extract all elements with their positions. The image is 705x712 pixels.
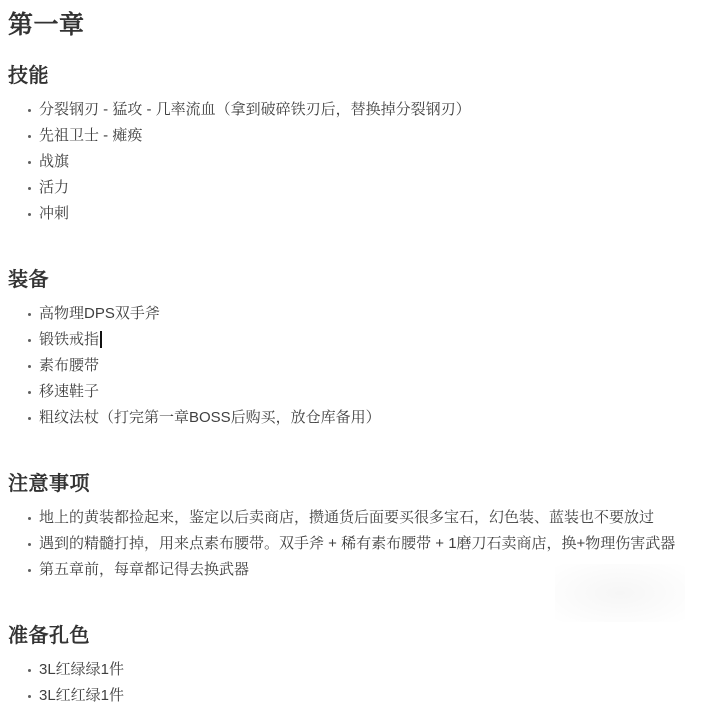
bullet-icon xyxy=(28,187,31,190)
list-item-text: 活力 xyxy=(39,175,69,201)
section-list: 高物理DPS双手斧锻铁戒指素布腰带移速鞋子粗纹法杖（打完第一章BOSS后购买，放… xyxy=(8,301,695,431)
list-item[interactable]: 第五章前，每章都记得去换武器 xyxy=(28,557,695,583)
bullet-icon xyxy=(28,313,31,316)
list-item[interactable]: 高物理DPS双手斧 xyxy=(28,301,695,327)
list-item[interactable]: 分裂钢刃 - 猛攻 - 几率流血（拿到破碎铁刃后，替换掉分裂钢刃） xyxy=(28,97,695,123)
section: 装备 高物理DPS双手斧锻铁戒指素布腰带移速鞋子粗纹法杖（打完第一章BOSS后购… xyxy=(8,267,695,431)
list-item[interactable]: 移速鞋子 xyxy=(28,379,695,405)
list-item-text: 先祖卫士 - 瘫痪 xyxy=(39,123,142,149)
list-item-text: 地上的黄装都捡起来，鉴定以后卖商店，攒通货后面要买很多宝石，幻色装、蓝装也不要放… xyxy=(39,505,654,531)
list-item-text: 战旗 xyxy=(39,149,69,175)
bullet-icon xyxy=(28,543,31,546)
bullet-icon xyxy=(28,669,31,672)
bullet-icon xyxy=(28,365,31,368)
section: 注意事项 地上的黄装都捡起来，鉴定以后卖商店，攒通货后面要买很多宝石，幻色装、蓝… xyxy=(8,471,695,583)
list-item[interactable]: 先祖卫士 - 瘫痪 xyxy=(28,123,695,149)
section-heading[interactable]: 准备孔色 xyxy=(8,623,695,649)
section: 准备孔色 3L红绿绿1件3L红红绿1件 xyxy=(8,623,695,709)
bullet-icon xyxy=(28,517,31,520)
bullet-icon xyxy=(28,161,31,164)
section-list: 地上的黄装都捡起来，鉴定以后卖商店，攒通货后面要买很多宝石，幻色装、蓝装也不要放… xyxy=(8,505,695,583)
list-item-text: 遇到的精髓打掉，用来点素布腰带。双手斧 + 稀有素布腰带 + 1磨刀石卖商店，换… xyxy=(39,531,675,557)
bullet-icon xyxy=(28,135,31,138)
list-item[interactable]: 冲刺 xyxy=(28,201,695,227)
list-item-text: 高物理DPS双手斧 xyxy=(39,301,160,327)
section-heading[interactable]: 注意事项 xyxy=(8,471,695,497)
document: 第一章 技能 分裂钢刃 - 猛攻 - 几率流血（拿到破碎铁刃后，替换掉分裂钢刃）… xyxy=(0,0,705,709)
list-item[interactable]: 战旗 xyxy=(28,149,695,175)
list-item-text: 3L红红绿1件 xyxy=(39,683,124,709)
list-item-text: 第五章前，每章都记得去换武器 xyxy=(39,557,249,583)
bullet-icon xyxy=(28,391,31,394)
bullet-icon xyxy=(28,339,31,342)
bullet-icon xyxy=(28,109,31,112)
bullet-icon xyxy=(28,417,31,420)
text-cursor xyxy=(100,331,102,348)
section-list: 3L红绿绿1件3L红红绿1件 xyxy=(8,657,695,709)
list-item[interactable]: 3L红红绿1件 xyxy=(28,683,695,709)
list-item-text: 粗纹法杖（打完第一章BOSS后购买，放仓库备用） xyxy=(39,405,381,431)
list-item[interactable]: 素布腰带 xyxy=(28,353,695,379)
section: 技能 分裂钢刃 - 猛攻 - 几率流血（拿到破碎铁刃后，替换掉分裂钢刃）先祖卫士… xyxy=(8,63,695,227)
list-item[interactable]: 粗纹法杖（打完第一章BOSS后购买，放仓库备用） xyxy=(28,405,695,431)
sections: 技能 分裂钢刃 - 猛攻 - 几率流血（拿到破碎铁刃后，替换掉分裂钢刃）先祖卫士… xyxy=(8,63,695,709)
list-item-text: 锻铁戒指 xyxy=(39,327,99,353)
bullet-icon xyxy=(28,695,31,698)
list-item-text: 3L红绿绿1件 xyxy=(39,657,124,683)
list-item[interactable]: 活力 xyxy=(28,175,695,201)
list-item-text: 冲刺 xyxy=(39,201,69,227)
list-item[interactable]: 遇到的精髓打掉，用来点素布腰带。双手斧 + 稀有素布腰带 + 1磨刀石卖商店，换… xyxy=(28,531,695,557)
page-title[interactable]: 第一章 xyxy=(8,10,695,41)
section-heading[interactable]: 装备 xyxy=(8,267,695,293)
bullet-icon xyxy=(28,213,31,216)
list-item-text: 分裂钢刃 - 猛攻 - 几率流血（拿到破碎铁刃后，替换掉分裂钢刃） xyxy=(39,97,471,123)
section-heading[interactable]: 技能 xyxy=(8,63,695,89)
list-item-text: 移速鞋子 xyxy=(39,379,99,405)
bullet-icon xyxy=(28,569,31,572)
list-item[interactable]: 地上的黄装都捡起来，鉴定以后卖商店，攒通货后面要买很多宝石，幻色装、蓝装也不要放… xyxy=(28,505,695,531)
list-item[interactable]: 3L红绿绿1件 xyxy=(28,657,695,683)
section-list: 分裂钢刃 - 猛攻 - 几率流血（拿到破碎铁刃后，替换掉分裂钢刃）先祖卫士 - … xyxy=(8,97,695,227)
list-item-text: 素布腰带 xyxy=(39,353,99,379)
list-item[interactable]: 锻铁戒指 xyxy=(28,327,695,353)
